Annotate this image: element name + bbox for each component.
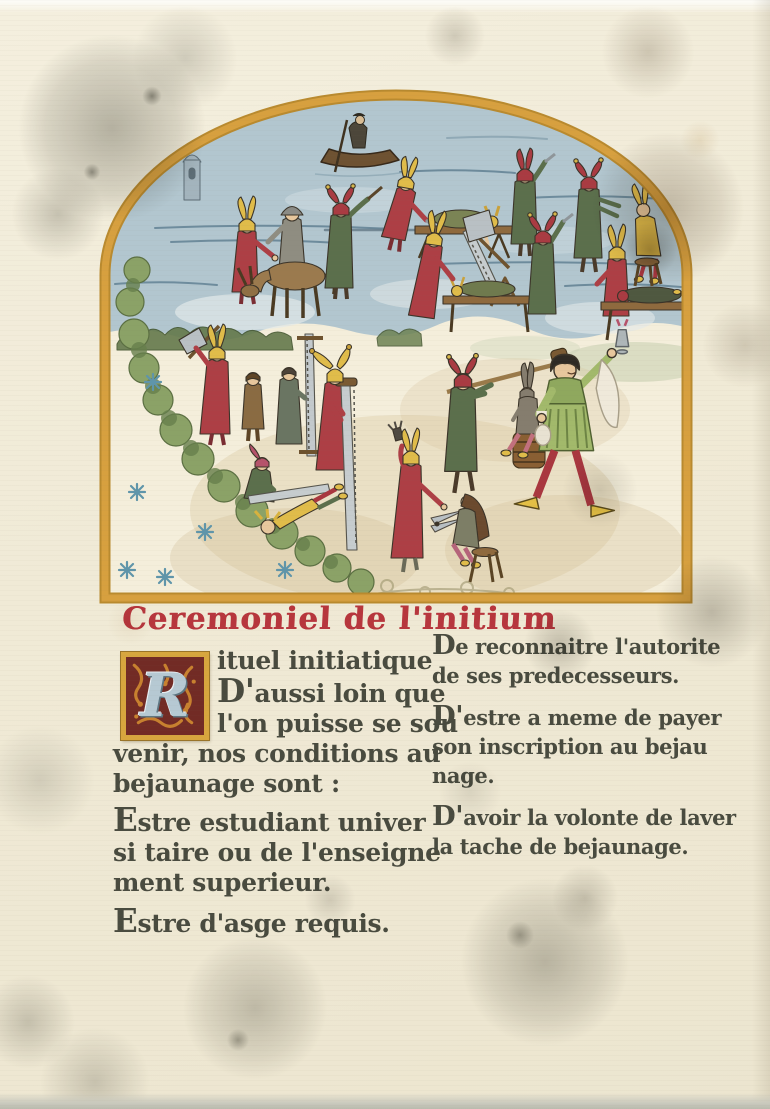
manuscript-page: Ceremoniel de l'initium R ituel initiati…	[0, 0, 770, 1109]
manuscript-line: l'on puisse se sou	[217, 709, 458, 739]
manuscript-line: D'aussi loin que	[217, 676, 458, 709]
manuscript-line: D'estre a meme de payer	[432, 702, 722, 732]
initiation-miniature-svg	[95, 80, 695, 608]
manuscript-line: venir, nos conditions au	[113, 739, 458, 769]
manuscript-line: De reconnaitre l'autorite	[432, 631, 722, 661]
manuscript-line: nage.	[432, 761, 722, 790]
photo-right-shadow	[752, 0, 770, 1109]
manuscript-line: D'avoir la volonte de laver	[432, 802, 722, 832]
manuscript-line: son inscription au bejau	[432, 732, 722, 761]
manuscript-line: bejaunage sont :	[113, 769, 458, 799]
manuscript-line: de ses predecesseurs.	[432, 661, 722, 690]
initial-letter: R	[126, 657, 204, 735]
left-text-column: R ituel initiatique D'aussi loin que l'o…	[113, 646, 458, 939]
manuscript-line: si taire ou de l'enseigne	[113, 838, 458, 868]
manuscript-line: Estre estudiant univer	[113, 805, 458, 838]
right-text-column: De reconnaitre l'autorite de ses predece…	[432, 631, 722, 861]
photo-top-edge	[0, 0, 770, 12]
illuminated-initial: R	[121, 652, 209, 740]
photo-bottom-edge	[0, 1093, 770, 1109]
tower	[183, 155, 201, 200]
manuscript-line: la tache de bejaunage.	[432, 832, 722, 861]
manuscript-line: ment superieur.	[113, 868, 458, 898]
manuscript-line: Estre d'asge requis.	[113, 906, 458, 939]
initiation-miniature	[95, 80, 695, 608]
